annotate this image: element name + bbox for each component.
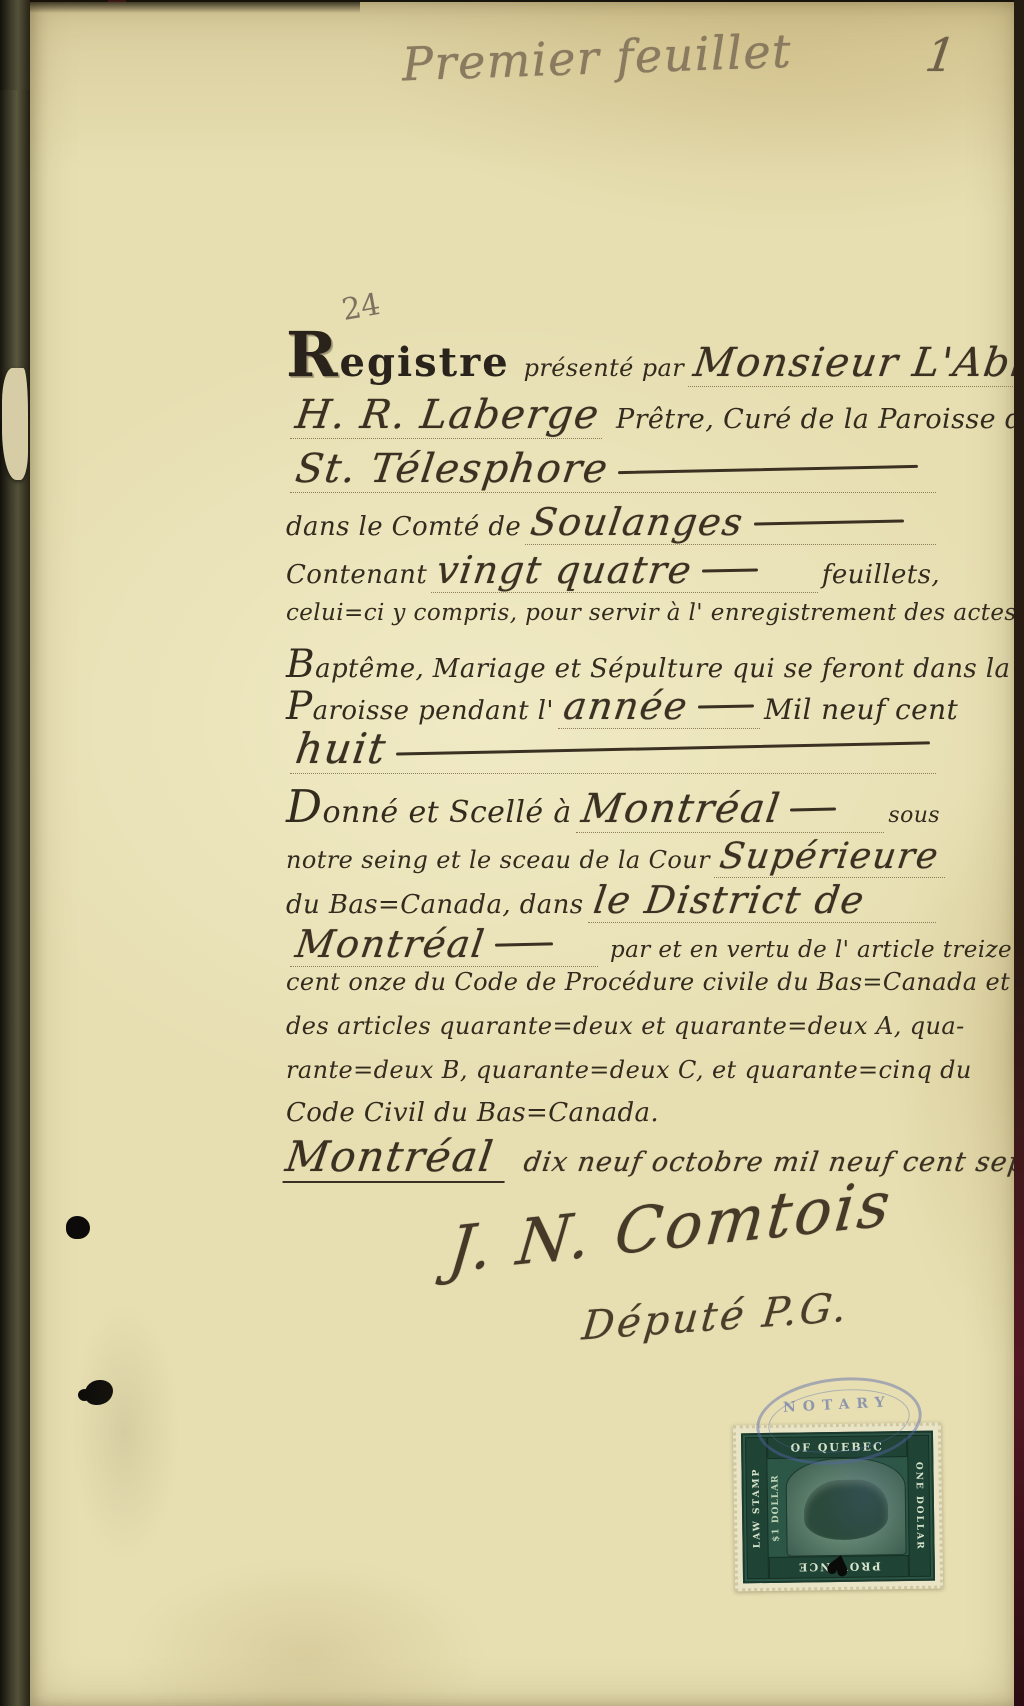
page-number: 1: [922, 28, 960, 82]
form-article-line5: Code Civil du Bas=Canada.: [286, 1098, 940, 1128]
form-article-line3: des articles quarante=deux et quarante=d…: [286, 1012, 940, 1040]
county-blank: Soulanges: [525, 500, 936, 545]
year-printed: Mil neuf cent: [764, 693, 958, 726]
stamp-left-band: LAW STAMP: [745, 1437, 769, 1579]
court-blank: Supérieure: [714, 836, 945, 878]
dateline-place: Montréal: [282, 1132, 511, 1183]
form-article-line2: cent onze du Code de Procédure civile du…: [286, 968, 940, 996]
form-line-year-value: huit: [286, 724, 940, 774]
body-text2: Baptême, Mariage et Sépulture qui se fer…: [286, 642, 1024, 687]
period-blank: année: [558, 684, 760, 729]
article-text2: cent onze du Code de Procédure civile du…: [286, 968, 1010, 996]
ink-dash: [618, 464, 918, 473]
period-value: année: [561, 684, 691, 728]
presented-by-label: présenté par: [524, 354, 684, 382]
form-line-priest: H. R. Laberge Prêtre, Curé de la Paroiss…: [286, 392, 940, 439]
given-sealed-label: Donné et Scellé à: [286, 780, 572, 833]
ink-dash: [702, 568, 758, 572]
scanned-register-page: Premier feuillet 1 24 R egistre présenté…: [0, 0, 1024, 1706]
form-line-sealed: Donné et Scellé à Montréal sous: [286, 780, 940, 833]
form-line-county: dans le Comté de Soulanges: [286, 500, 940, 545]
article-text3: des articles quarante=deux et quarante=d…: [286, 1012, 965, 1040]
title-word: egistre: [340, 339, 510, 386]
district-blank: le District de: [588, 878, 936, 923]
article-text4: rante=deux B, quarante=deux C, et quaran…: [286, 1056, 972, 1084]
sheet-count: vingt quatre: [434, 548, 695, 592]
pencil-note: 24: [339, 287, 383, 328]
sheet-count-blank: vingt quatre: [431, 548, 818, 593]
deputy-title: Député P.G.: [580, 1284, 852, 1349]
year-value: huit: [293, 724, 390, 773]
ink-dash: [698, 704, 754, 708]
parish-name: St. Télesphore: [293, 446, 612, 492]
torn-paper-edge: [2, 368, 28, 480]
article-text5: Code Civil du Bas=Canada.: [286, 1098, 659, 1128]
district-place-blank: Montréal: [290, 922, 598, 967]
sealed-place-blank: Montréal: [576, 786, 885, 833]
ornate-initial: R: [286, 330, 338, 380]
form-line-parish: St. Télesphore: [286, 446, 940, 493]
form-article-line4: rante=deux B, quarante=deux C, et quaran…: [286, 1056, 940, 1084]
article-text1: par et en vertu de l' article treize: [610, 937, 1012, 963]
form-line-year: Paroisse pendant l' année Mil neuf cent: [286, 684, 940, 729]
presenter-blank: Monsieur L'Abbé: [688, 340, 1024, 387]
stamp-denomination: $1 DOLLAR: [767, 1459, 784, 1557]
sealed-place: Montréal: [578, 786, 783, 832]
presenter-name-line2: H. R. Laberge: [293, 392, 603, 438]
folio-annotation: Premier feuillet: [401, 23, 823, 92]
paper-stain: [70, 1302, 180, 1562]
priest-title: Prêtre, Curé de la Paroisse de: [616, 404, 1024, 435]
seal-line-text: notre seing et le sceau de la Cour: [286, 846, 710, 874]
form-body-line1: celui=ci y compris, pour servir à l' enr…: [286, 600, 940, 626]
form-line-seal: notre seing et le sceau de la Cour Supér…: [286, 836, 940, 878]
page-top-shadow: [30, 0, 360, 13]
under-word: sous: [888, 803, 940, 828]
form-line-title: R egistre présenté par Monsieur L'Abbé: [286, 330, 940, 387]
district-value: le District de: [590, 878, 867, 922]
year-blank: huit: [290, 724, 936, 774]
ink-dash: [495, 942, 553, 946]
bas-canada-text: du Bas=Canada, dans: [286, 890, 584, 920]
form-line-district2: Montréal par et en vertu de l' article t…: [286, 922, 940, 967]
county-label: dans le Comté de: [286, 512, 521, 542]
ink-blot: [66, 1216, 90, 1239]
district-place: Montréal: [293, 922, 488, 966]
containing-label: Contenant: [286, 560, 427, 590]
form-line-sheets: Contenant vingt quatre feuillets,: [286, 548, 940, 593]
period-label: Paroisse pendant l': [286, 684, 554, 729]
book-binding: [0, 0, 30, 1706]
county-name: Soulanges: [528, 500, 747, 544]
stamp-right-band: ONE DOLLAR: [907, 1435, 931, 1577]
presenter-blank2: H. R. Laberge: [290, 392, 602, 439]
dateline-date: dix neuf octobre mil neuf cent sept: [521, 1147, 1024, 1178]
deputy-signature: J. N. Comtois: [445, 1166, 896, 1287]
form-body-line2: Baptême, Mariage et Sépulture qui se fer…: [286, 642, 940, 687]
ink-dash: [790, 807, 836, 811]
page-right-edge: [1014, 0, 1024, 1706]
ink-dash: [396, 741, 930, 755]
sheets-word: feuillets,: [822, 560, 940, 590]
presenter-name-line1: Monsieur L'Abbé: [691, 340, 1024, 386]
ink-dash: [754, 519, 904, 525]
court-type: Supérieure: [717, 836, 942, 877]
body-text1: celui=ci y compris, pour servir à l' enr…: [286, 600, 1024, 626]
parish-blank: St. Télesphore: [290, 446, 936, 493]
form-line-district: du Bas=Canada, dans le District de: [286, 878, 940, 923]
